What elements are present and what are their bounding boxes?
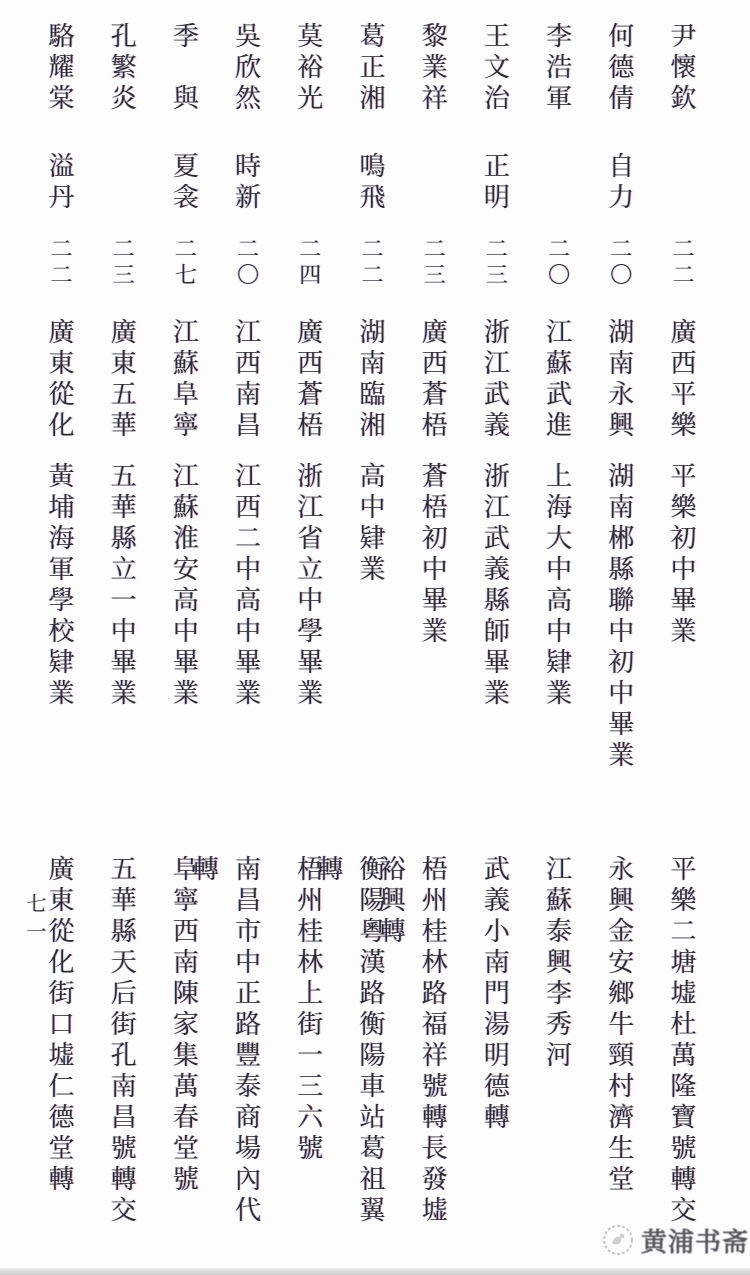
age: 二三 bbox=[411, 237, 453, 317]
native-place: 廣西蒼梧 bbox=[287, 318, 329, 462]
person-name: 王文治 bbox=[473, 22, 515, 157]
age: 二二 bbox=[38, 237, 80, 317]
education: 浙江武義縣師畢業 bbox=[473, 462, 515, 792]
person-name: 駱耀棠 bbox=[38, 22, 80, 157]
education: 蒼梧初中畢業 bbox=[411, 462, 453, 792]
page-number: 七一 bbox=[16, 893, 50, 1003]
courtesy-name: 自力 bbox=[598, 152, 640, 236]
education: 上海大中高中肄業 bbox=[536, 462, 578, 792]
age: 二〇 bbox=[598, 237, 640, 317]
courtesy-name bbox=[100, 152, 142, 236]
entry-column: 駱耀棠 溢丹 二二 廣東從化 黃埔海軍學校肄業 廣東從化街口墟仁德堂轉 bbox=[0, 0, 80, 1275]
native-place: 廣西平樂 bbox=[660, 318, 702, 462]
age: 二二 bbox=[349, 237, 391, 317]
register-page: 尹懷欽 二二 廣西平樂 平樂初中畢業 平樂二塘墟杜萬隆寶號轉交 何德倩 自力 二… bbox=[0, 0, 750, 1275]
native-place: 浙江武義 bbox=[473, 318, 515, 462]
watermark: 黄浦书斋 bbox=[602, 1216, 748, 1264]
courtesy-name bbox=[287, 152, 329, 236]
courtesy-name: 溢丹 bbox=[38, 152, 80, 236]
person-name: 孔繁炎 bbox=[100, 22, 142, 157]
education: 平樂初中畢業 bbox=[660, 462, 702, 792]
person-name: 李浩軍 bbox=[536, 22, 578, 157]
age: 二〇 bbox=[225, 237, 267, 317]
age: 二二 bbox=[660, 237, 702, 317]
person-name: 吳欣然 bbox=[225, 22, 267, 157]
person-name: 莫裕光 bbox=[287, 22, 329, 157]
native-place: 廣東從化 bbox=[38, 318, 80, 462]
native-place: 湖南臨湘 bbox=[349, 318, 391, 462]
education: 五華縣立一中畢業 bbox=[100, 462, 142, 792]
age: 二三 bbox=[100, 237, 142, 317]
person-name: 尹懷欽 bbox=[660, 22, 702, 157]
education: 浙江省立中學畢業 bbox=[287, 462, 329, 792]
education: 江西二中高中畢業 bbox=[225, 462, 267, 792]
person-name: 黎業祥 bbox=[411, 22, 453, 157]
education: 江蘇淮安高中畢業 bbox=[162, 462, 204, 792]
watermark-stamp-icon bbox=[602, 1224, 634, 1256]
education: 黃埔海軍學校肄業 bbox=[38, 462, 80, 792]
courtesy-name: 正明 bbox=[473, 152, 515, 236]
courtesy-name: 時新 bbox=[225, 152, 267, 236]
age: 二七 bbox=[162, 237, 204, 317]
courtesy-name: 夏衾 bbox=[162, 152, 204, 236]
native-place: 湖南永興 bbox=[598, 318, 640, 462]
courtesy-name bbox=[411, 152, 453, 236]
courtesy-name bbox=[660, 152, 702, 236]
watermark-text: 黄浦书斋 bbox=[641, 1222, 749, 1259]
courtesy-name: 鳴飛 bbox=[349, 152, 391, 236]
native-place: 廣西蒼梧 bbox=[411, 318, 453, 462]
person-name: 何德倩 bbox=[598, 22, 640, 157]
person-name: 季 與 bbox=[162, 22, 204, 157]
age: 二三 bbox=[473, 237, 515, 317]
native-place: 江西南昌 bbox=[225, 318, 267, 462]
age: 二四 bbox=[287, 237, 329, 317]
native-place: 江蘇阜寧 bbox=[162, 318, 204, 462]
native-place: 江蘇武進 bbox=[536, 318, 578, 462]
native-place: 廣東五華 bbox=[100, 318, 142, 462]
education: 高中肄業 bbox=[349, 462, 391, 792]
age: 二〇 bbox=[536, 237, 578, 317]
person-name: 葛正湘 bbox=[349, 22, 391, 157]
courtesy-name bbox=[536, 152, 578, 236]
education: 湖南郴縣聯中初中畢業 bbox=[598, 462, 640, 792]
page-edge-shadow bbox=[0, 1268, 750, 1275]
